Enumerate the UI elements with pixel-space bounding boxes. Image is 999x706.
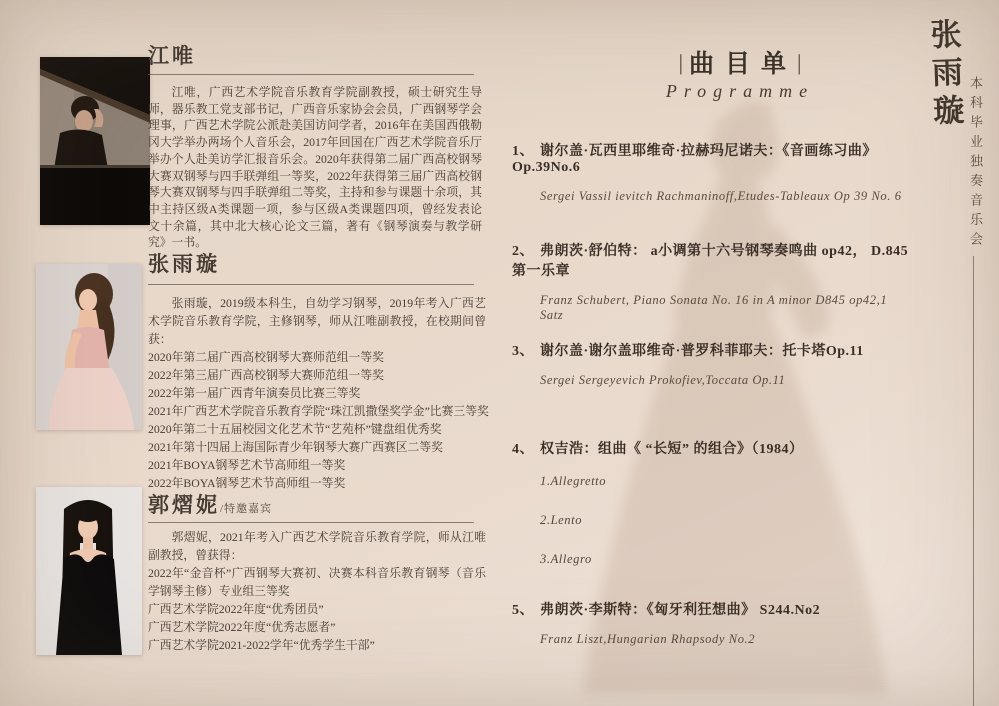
performer-bio: 张雨璇，2019级本科生，自幼学习钢琴，2019年考入广西艺术学院音乐教育学院，…	[148, 294, 486, 492]
piece-number: 4、	[512, 442, 534, 457]
programme-title: |曲目单|	[570, 44, 910, 80]
concert-program-spread: 江唯 江唯，广西艺术学院音乐教育学院副教授，硕士研究生导师，器乐教工党支部书记，…	[0, 0, 999, 706]
piece-title-text: 弗朗茨·舒伯特： a小调第十六号钢琴奏鸣曲 op42， D.845第一乐章	[512, 244, 908, 279]
movement-line: 1.Allegretto	[540, 474, 912, 489]
performer-bio: 郭熠妮，2021年考入广西艺术学院音乐教育学院，师从江唯副教授，曾获得： 202…	[148, 528, 486, 654]
photo-jiang-wei	[40, 57, 150, 225]
pink-dress-portrait-image	[36, 264, 142, 430]
name-divider	[148, 74, 474, 75]
award-line: 2021年第十四届上海国际青少年钢琴大赛广西赛区二等奖	[148, 438, 486, 456]
award-line: 2022年第一届广西青年演奏员比赛三等奖	[148, 384, 486, 402]
title-bar-left: |	[679, 50, 683, 75]
piece-title: 3、谢尔盖·谢尔盖耶维奇·普罗科菲耶夫：托卡塔Op.11	[512, 340, 912, 360]
piece-number: 3、	[512, 344, 534, 359]
award-line: 2021年广西艺术学院音乐教育学院“珠江凯撒堡奖学金”比赛三等奖	[148, 402, 486, 420]
piece-number: 2、	[512, 244, 534, 259]
award-line: 2022年第三届广西高校钢琴大赛师范组一等奖	[148, 366, 486, 384]
award-line: 广西艺术学院2021-2022学年“优秀学生干部”	[148, 636, 486, 654]
piece-title-english: Sergei Sergeyevich Prokofiev,Toccata Op.…	[540, 373, 912, 388]
piece-number: 5、	[512, 603, 534, 618]
program-item-5: 5、弗朗茨·李斯特：《匈牙利狂想曲》 S244.No2 Franz Liszt,…	[512, 599, 912, 647]
movement-line: 2.Lento	[540, 513, 912, 528]
programme-subtitle: Programme	[570, 81, 910, 102]
award-line: 广西艺术学院2022年度“优秀志愿者”	[148, 618, 486, 636]
name-divider	[148, 284, 474, 285]
piece-title-text: 谢尔盖·谢尔盖耶维奇·普罗科菲耶夫：托卡塔Op.11	[540, 344, 864, 359]
award-line: 2020年第二十五届校园文化艺术节“艺苑杯”键盘组优秀奖	[148, 420, 486, 438]
program-item-1: 1、谢尔盖·瓦西里耶维奇·拉赫玛尼诺夫：《音画练习曲》 Op.39No.6 Se…	[512, 140, 912, 204]
performer-name: 郭熠妮/特邀嘉宾	[148, 489, 272, 519]
piece-title-english: Sergei Vassil ievitch Rachmaninoff,Etude…	[540, 189, 912, 204]
award-line: 2020年第二届广西高校钢琴大赛师范组一等奖	[148, 348, 486, 366]
spine-strip: 张雨璇 本科毕业独奏音乐会	[910, 0, 999, 706]
piece-number: 1、	[512, 144, 534, 159]
program-item-3: 3、谢尔盖·谢尔盖耶维奇·普罗科菲耶夫：托卡塔Op.11 Sergei Serg…	[512, 340, 912, 388]
name-divider	[148, 522, 474, 523]
piece-title-text: 弗朗茨·李斯特：《匈牙利狂想曲》 S244.No2	[540, 603, 820, 618]
piece-title-english: Franz Liszt,Hungarian Rhapsody No.2	[540, 632, 912, 647]
performer-name-suffix: /特邀嘉宾	[220, 503, 272, 515]
piece-title: 5、弗朗茨·李斯特：《匈牙利狂想曲》 S244.No2	[512, 599, 912, 619]
recital-vertical-title: 本科毕业独奏音乐会	[966, 76, 985, 252]
bio-paragraph: 郭熠妮，2021年考入广西艺术学院音乐教育学院，师从江唯副教授，曾获得：	[148, 528, 486, 564]
piece-title-english: Franz Schubert, Piano Sonata No. 16 in A…	[540, 293, 912, 323]
performer-bio: 江唯，广西艺术学院音乐教育学院副教授，硕士研究生导师，器乐教工党支部书记，广西音…	[148, 84, 482, 251]
performer-name: 张雨璇	[148, 248, 220, 278]
artist-name-calligraphy: 张雨璇	[920, 17, 969, 133]
programme-title-text: 曲目单	[689, 51, 797, 78]
program-item-4: 4、权吉浩：组曲《 “长短” 的组合》（1984） 1.Allegretto 2…	[512, 438, 912, 567]
spine-vertical-line	[973, 256, 974, 706]
piece-title: 4、权吉浩：组曲《 “长短” 的组合》（1984）	[512, 438, 912, 458]
award-line: 广西艺术学院2022年度“优秀团员”	[148, 600, 486, 618]
award-line: 2021年BOYA钢琴艺术节高师组一等奖	[148, 456, 486, 474]
black-top-portrait-image	[36, 487, 142, 655]
performer-name-text: 郭熠妮	[148, 493, 220, 517]
photo-guo-yini	[36, 487, 142, 655]
piece-title-text: 权吉浩：组曲《 “长短” 的组合》（1984）	[540, 442, 804, 457]
performer-name-text: 江唯	[148, 44, 196, 68]
piano-portrait-image	[40, 57, 150, 225]
award-line: 2022年“金音杯”广西钢琴大赛初、决赛本科音乐教育钢琴（音乐学钢琴主修）专业组…	[148, 564, 486, 600]
piece-title: 1、谢尔盖·瓦西里耶维奇·拉赫玛尼诺夫：《音画练习曲》 Op.39No.6	[512, 140, 912, 176]
programme-page: |曲目单| Programme 1、谢尔盖·瓦西里耶维奇·拉赫玛尼诺夫：《音画练…	[500, 0, 910, 706]
title-bar-right: |	[797, 50, 801, 75]
bio-paragraph: 江唯，广西艺术学院音乐教育学院副教授，硕士研究生导师，器乐教工党支部书记，广西音…	[148, 84, 482, 251]
performer-name: 江唯	[148, 40, 196, 70]
performer-name-text: 张雨璇	[148, 252, 220, 276]
bio-paragraph: 张雨璇，2019级本科生，自幼学习钢琴，2019年考入广西艺术学院音乐教育学院，…	[148, 294, 486, 348]
photo-zhang-yuxuan	[36, 264, 142, 430]
piece-title: 2、弗朗茨·舒伯特： a小调第十六号钢琴奏鸣曲 op42， D.845第一乐章	[512, 240, 912, 280]
movement-line: 3.Allegro	[540, 552, 912, 567]
piece-title-text: 谢尔盖·瓦西里耶维奇·拉赫玛尼诺夫：《音画练习曲》 Op.39No.6	[512, 144, 877, 175]
program-item-2: 2、弗朗茨·舒伯特： a小调第十六号钢琴奏鸣曲 op42， D.845第一乐章 …	[512, 240, 912, 323]
programme-header: |曲目单| Programme	[570, 44, 910, 102]
